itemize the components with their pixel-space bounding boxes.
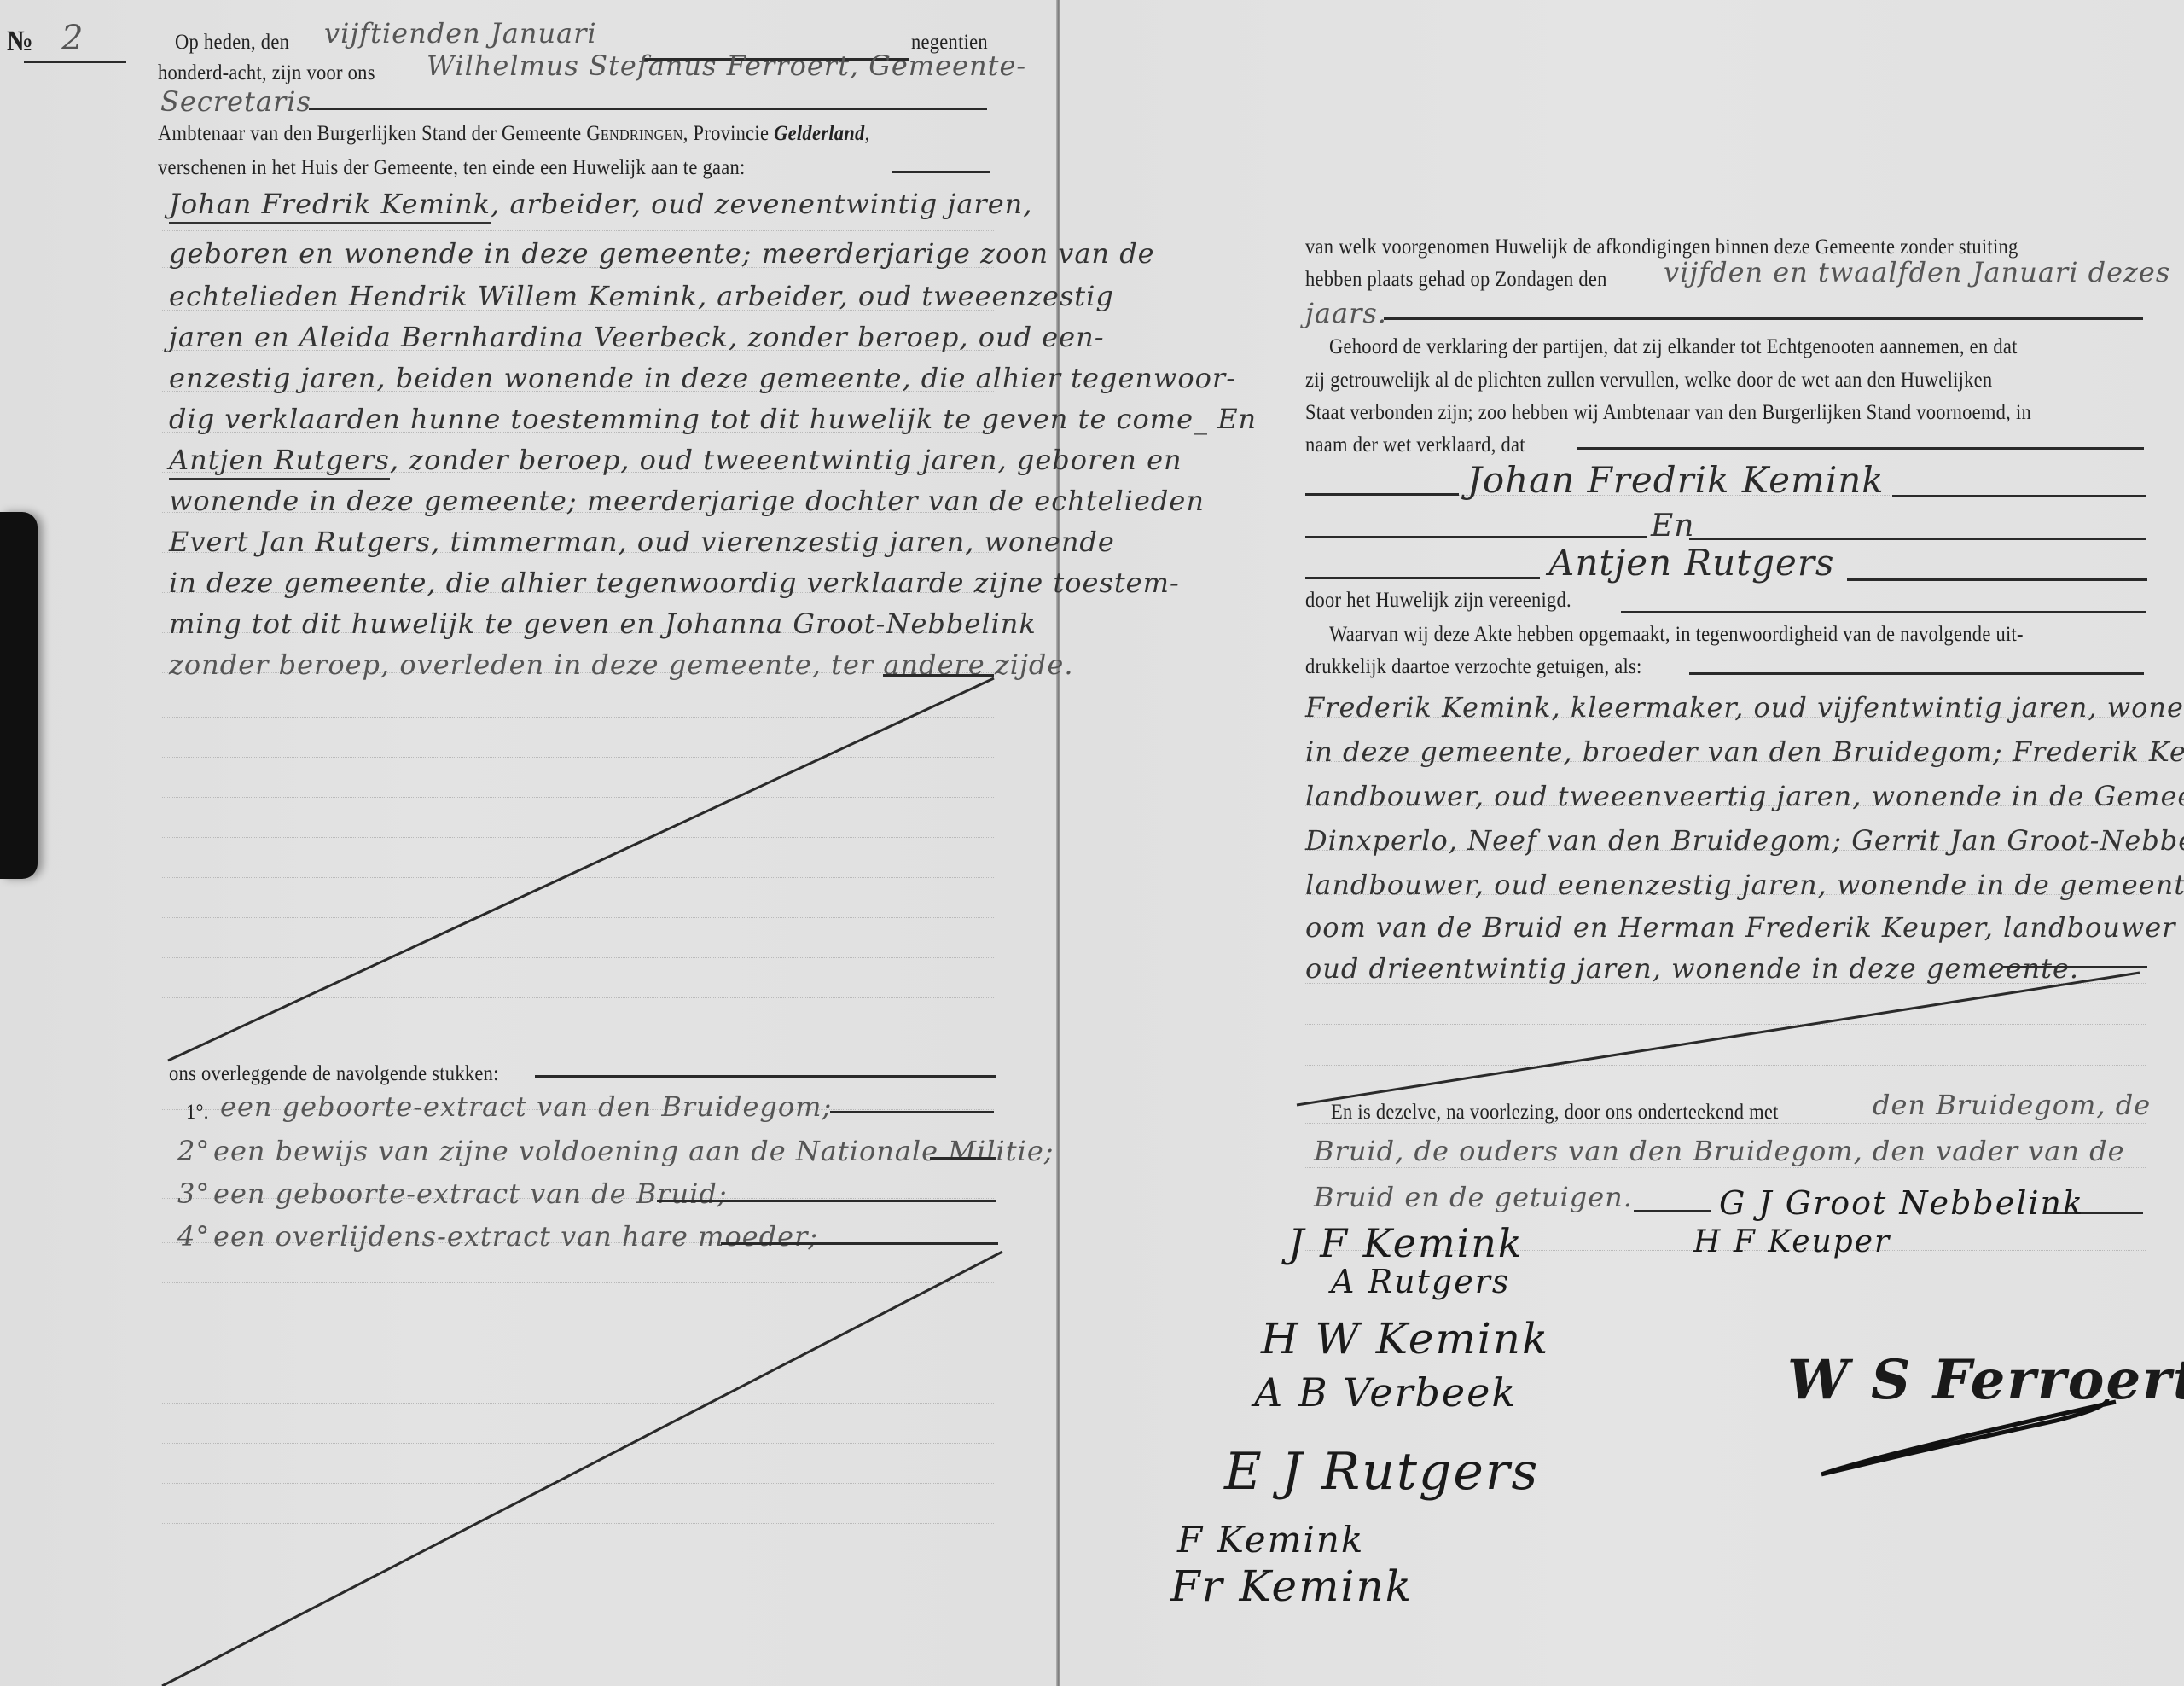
fill-line (930, 1157, 996, 1160)
opening-text-4c: , (865, 122, 870, 145)
document-text: een geboorte-extract van de Bruid; (213, 1177, 728, 1210)
witness-line: in deze gemeente, broeder van den Bruide… (1305, 735, 2184, 768)
signature-witness-2: H F Keuper (1693, 1224, 1891, 1259)
record-number-value: 2 (61, 19, 84, 58)
united-text: door het Huwelijk zijn vereenigd. (1305, 589, 1571, 613)
banns-dates-handwritten: vijfden en twaalfden Januari dezes (1664, 256, 2170, 288)
province-name: Gelderland (774, 122, 864, 145)
fill-line (830, 1111, 994, 1113)
bride-line-1: Antjen Rutgers, zonder beroep, oud tweee… (169, 444, 1182, 476)
opening-text-4: Ambtenaar van den Burgerlijken Stand der… (158, 122, 869, 146)
declaration-line-3: Staat verbonden zijn; zoo hebben wij Amb… (1305, 401, 2031, 425)
document-number: 1°. (186, 1101, 209, 1125)
fill-line (309, 108, 987, 110)
fill-line (657, 1200, 996, 1202)
fill-line (1305, 493, 1459, 496)
fill-line (892, 171, 990, 173)
opening-text-5: verschenen in het Huis der Gemeente, ten… (158, 156, 746, 180)
fill-line (1621, 611, 2146, 613)
opening-text-4a: Ambtenaar van den Burgerlijken Stand der… (158, 122, 581, 145)
groom-line-5: enzestig jaren, beiden wonende in deze g… (169, 362, 1236, 394)
fill-line (535, 1075, 996, 1078)
witness-line: Dinxperlo, Neef van den Bruidegom; Gerri… (1305, 824, 2184, 857)
fill-line (883, 674, 994, 677)
signature-official: W S Ferroert (1787, 1348, 2184, 1412)
date-handwritten: vijftienden Januari (324, 17, 597, 49)
bride-line-2: wonende in deze gemeente; meerderjarige … (169, 485, 1205, 517)
document-number: 2° (177, 1135, 210, 1167)
signature-witness-1: G J Groot Nebbelink (1719, 1184, 2084, 1222)
signature-bride: A Rutgers (1331, 1263, 1510, 1300)
fill-line (1384, 317, 2143, 320)
signing-text: En is dezelve, na voorlezing, door ons o… (1331, 1101, 1779, 1125)
fill-line (1847, 578, 2147, 581)
official-name-handwritten: Wilhelmus Stefanus Ferroert, Gemeente- (427, 49, 1026, 82)
declaration-line-1: Gehoord de verklaring der partijen, dat … (1329, 335, 2018, 359)
fill-line (1689, 672, 2144, 675)
groom-name: Johan Fredrik Kemink (169, 188, 491, 224)
bride-name: Antjen Rutgers (169, 444, 390, 480)
fill-line (1689, 538, 2146, 540)
banns-text-2: hebben plaats gehad op Zondagen den (1305, 268, 1607, 292)
couple-bride: Antjen Rutgers (1548, 542, 1834, 584)
signature-witness-4: Fr Kemink (1170, 1561, 1413, 1611)
groom-line-4: jaren en Aleida Bernhardina Veerbeck, zo… (169, 321, 1105, 353)
bride-line-1-rest: , zonder beroep, oud tweeentwintig jaren… (390, 444, 1182, 476)
fill-line (1892, 495, 2146, 497)
couple-conjunction: En (1651, 509, 1694, 544)
number-sign: № (7, 26, 33, 58)
groom-line-1: Johan Fredrik Kemink, arbeider, oud zeve… (169, 188, 1032, 220)
witness-line: Frederik Kemink, kleermaker, oud vijfent… (1305, 691, 2184, 724)
number-underline (24, 61, 126, 63)
signing-handwritten-3: Bruid en de getuigen. (1314, 1181, 1633, 1213)
document-text: een geboorte-extract van den Bruidegom; (220, 1090, 832, 1123)
signing-handwritten-1: den Bruidegom, de (1873, 1089, 2151, 1121)
document-text: een bewijs van zijne voldoening aan de N… (213, 1135, 1054, 1167)
opening-text-3: honderd-acht, zijn voor ons (158, 61, 375, 85)
binding-clip (0, 512, 38, 879)
opening-text-4b: , Provincie (683, 122, 769, 145)
official-title-handwritten: Secretaris (160, 85, 311, 118)
groom-line-6: dig verklaarden hunne toestemming tot di… (169, 403, 1257, 435)
groom-line-1-rest: , arbeider, oud zevenentwintig jaren, (491, 188, 1032, 220)
groom-line-2: geboren en wonende in deze gemeente; mee… (169, 237, 1155, 270)
signature-mother-groom: A B Verbeek (1254, 1369, 1517, 1416)
opening-text-1: Op heden, den (175, 31, 289, 55)
document-number: 3° (177, 1177, 210, 1210)
bride-line-5: ming tot dit huwelijk te geven en Johann… (169, 608, 1037, 640)
documents-header: ons overleggende de navolgende stukken: (169, 1062, 499, 1086)
signature-witness-3: F Kemink (1177, 1519, 1364, 1561)
document-text: een overlijdens-extract van hare moeder; (213, 1220, 818, 1253)
declaration-line-2: zij getrouwelijk al de plichten zullen v… (1305, 369, 1992, 392)
fill-line (1305, 577, 1540, 579)
municipality-name: Gendringen (586, 122, 682, 145)
witness-line: landbouwer, oud tweeenveertig jaren, won… (1305, 780, 2184, 812)
fill-line (1305, 536, 1647, 538)
fill-line (721, 1242, 998, 1245)
bride-line-3: Evert Jan Rutgers, timmerman, oud vieren… (169, 526, 1115, 558)
fill-line (1577, 447, 2144, 450)
couple-groom: Johan Fredrik Kemink (1467, 459, 1885, 501)
witness-line: oud drieentwintig jaren, wonende in deze… (1305, 952, 2079, 985)
signature-father-bride: E J Rutgers (1224, 1442, 1539, 1502)
witness-intro-line-1: Waarvan wij deze Akte hebben opgemaakt, … (1329, 623, 2024, 647)
fill-line (2001, 966, 2147, 968)
document-number: 4° (177, 1220, 210, 1253)
signature-groom: J F Kemink (1288, 1220, 1524, 1266)
groom-line-3: echtelieden Hendrik Willem Kemink, arbei… (169, 280, 1114, 312)
witness-intro-line-2: drukkelijk daartoe verzochte getuigen, a… (1305, 655, 1642, 679)
declaration-line-4: naam der wet verklaard, dat (1305, 433, 1525, 457)
banns-year-handwritten: jaars. (1305, 297, 1387, 329)
signing-handwritten-2: Bruid, de ouders van den Bruidegom, den … (1314, 1135, 2125, 1167)
signature-father-groom: H W Kemink (1261, 1314, 1549, 1363)
witness-line: oom van de Bruid en Herman Frederik Keup… (1305, 911, 2175, 944)
fill-line (1634, 1210, 1711, 1212)
witness-line: landbouwer, oud eenenzestig jaren, wonen… (1305, 869, 2184, 901)
bride-line-4: in deze gemeente, die alhier tegenwoordi… (169, 567, 1180, 599)
